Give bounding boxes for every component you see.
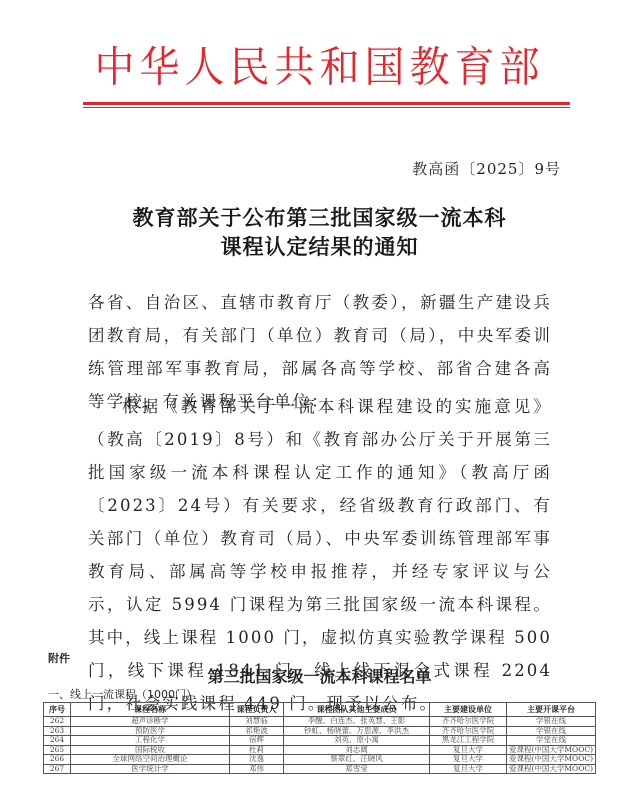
- cell-team: 刘志阔: [284, 745, 430, 755]
- cell-institution: 齐齐哈尔医学院: [430, 726, 507, 736]
- cell-institution: 复旦大学: [430, 745, 507, 755]
- cell-platform: 爱课程(中国大学MOOC): [507, 745, 596, 755]
- table-row: 266 全球网络空间治理概论 沈逸 蔡翠红、汪晓风 复旦大学 爱课程(中国大学M…: [44, 755, 596, 765]
- col-header-platform: 主要开课平台: [507, 703, 596, 717]
- course-list-title: 第三批国家级一流本科课程名单: [0, 664, 639, 687]
- cell-team: 刘英、原小寓: [284, 736, 430, 746]
- col-header-seq: 序号: [44, 703, 71, 717]
- cell-lead: 沈逸: [230, 755, 284, 765]
- cell-platform: 爱课程(中国大学MOOC): [507, 764, 596, 774]
- cell-platform: 学堂在线: [507, 736, 596, 746]
- col-header-lead: 课程负责人: [230, 703, 284, 717]
- table-row: 267 医学统计学 邓伟 郑雪莹 复旦大学 爱课程(中国大学MOOC): [44, 764, 596, 774]
- document-number: 教高函〔2025〕9号: [412, 158, 561, 179]
- cell-lead: 邓伟: [230, 764, 284, 774]
- cell-institution: 黑龙江工程学院: [430, 736, 507, 746]
- cell-course-name: 医学统计学: [71, 764, 230, 774]
- table-header-row: 序号 课程名称 课程负责人 课程团队其他主要成员 主要建设单位 主要开课平台: [44, 703, 596, 717]
- cell-course-name: 工程化学: [71, 736, 230, 746]
- red-separator-thin: [83, 107, 570, 108]
- issuer-masthead: 中华人民共和国教育部: [0, 43, 639, 93]
- cell-seq: 265: [44, 745, 71, 755]
- col-header-institution: 主要建设单位: [430, 703, 507, 717]
- cell-seq: 262: [44, 717, 71, 727]
- cell-team: 钞虹、杨晓蕾、万思源、李洪杰: [284, 726, 430, 736]
- table-row: 265 国际税收 杜莉 刘志阔 复旦大学 爱课程(中国大学MOOC): [44, 745, 596, 755]
- cell-lead: 杜莉: [230, 745, 284, 755]
- cell-team: 郑雪莹: [284, 764, 430, 774]
- cell-team: 蔡翠红、汪晓风: [284, 755, 430, 765]
- red-separator-thick: [83, 102, 570, 105]
- cell-course-name: 国际税收: [71, 745, 230, 755]
- cell-seq: 267: [44, 764, 71, 774]
- table-row: 262 超声诊断学 刘慧临 李醒、白连杰、张英慧、王影 齐齐哈尔医学院 学银在线: [44, 717, 596, 727]
- cell-platform: 学银在线: [507, 726, 596, 736]
- cell-seq: 263: [44, 726, 71, 736]
- cell-seq: 266: [44, 755, 71, 765]
- cell-lead: 祁艳波: [230, 726, 284, 736]
- notice-title-line2: 课程认定结果的通知: [0, 233, 639, 261]
- cell-course-name: 超声诊断学: [71, 717, 230, 727]
- cell-lead: 刘慧临: [230, 717, 284, 727]
- course-table: 序号 课程名称 课程负责人 课程团队其他主要成员 主要建设单位 主要开课平台 2…: [43, 702, 596, 774]
- cell-course-name: 全球网络空间治理概论: [71, 755, 230, 765]
- cell-institution: 齐齐哈尔医学院: [430, 717, 507, 727]
- cell-seq: 264: [44, 736, 71, 746]
- col-header-team: 课程团队其他主要成员: [284, 703, 430, 717]
- cell-course-name: 预防医学: [71, 726, 230, 736]
- cell-institution: 复旦大学: [430, 755, 507, 765]
- cell-platform: 学银在线: [507, 717, 596, 727]
- cell-lead: 宿辉: [230, 736, 284, 746]
- cell-platform: 爱课程(中国大学MOOC): [507, 755, 596, 765]
- col-header-course-name: 课程名称: [71, 703, 230, 717]
- table-row: 263 预防医学 祁艳波 钞虹、杨晓蕾、万思源、李洪杰 齐齐哈尔医学院 学银在线: [44, 726, 596, 736]
- table-row: 264 工程化学 宿辉 刘英、原小寓 黑龙江工程学院 学堂在线: [44, 736, 596, 746]
- notice-title-line1: 教育部关于公布第三批国家级一流本科: [0, 204, 639, 232]
- cell-team: 李醒、白连杰、张英慧、王影: [284, 717, 430, 727]
- section-title-online-courses: 一、线上一流课程（1000门）: [48, 686, 197, 702]
- cell-institution: 复旦大学: [430, 764, 507, 774]
